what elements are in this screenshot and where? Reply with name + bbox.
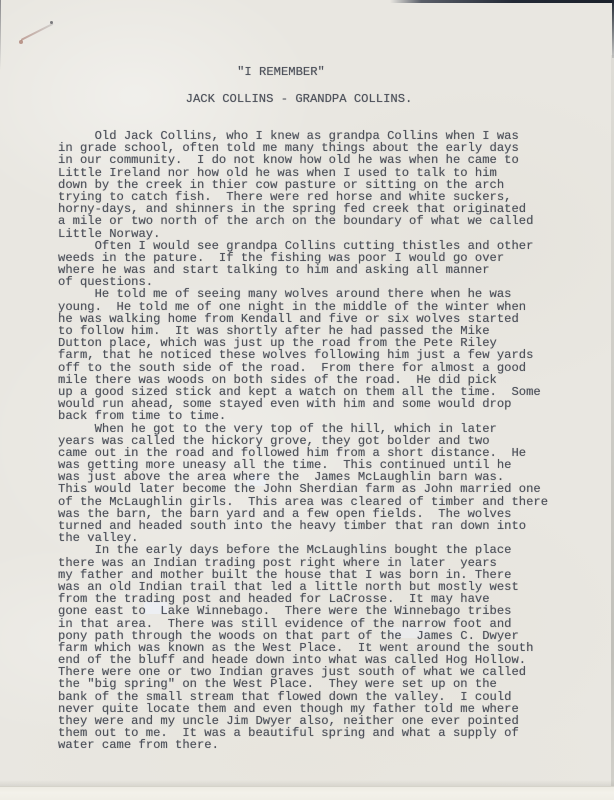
- text-line: gone east to Lake Winnebago. There were …: [58, 605, 548, 617]
- text-line: young. He told me of one night in the mi…: [58, 301, 548, 313]
- scan-left-edge-line: [0, 0, 1, 70]
- red-scratch-dot: [19, 40, 23, 44]
- document-title: "I REMEMBER": [0, 66, 588, 78]
- text-line: Little Ireland nor how old he was when I…: [58, 167, 548, 179]
- text-line: water came from there.: [58, 739, 548, 751]
- text-line: in our community. I do not know how old …: [58, 154, 548, 166]
- text-line: of the McLaughlin girls. This area was c…: [58, 496, 548, 508]
- text-line: off to the south side of the road. From …: [58, 362, 548, 374]
- text-line: Little Norway.: [58, 228, 548, 240]
- text-line: In the early days before the McLaughlins…: [58, 544, 548, 556]
- pencil-scratch-mark: [21, 23, 54, 41]
- scan-top-edge-shadow: [390, 0, 614, 3]
- text-line: When he got to the very top of the hill,…: [58, 423, 548, 435]
- text-line: back from time to time.: [58, 410, 548, 422]
- text-line: the "big spring" on the West Place. They…: [58, 678, 548, 690]
- text-line: a mile or two north of the arch on the b…: [58, 215, 548, 227]
- scan-bottom-strip: [0, 786, 614, 800]
- document-body: Old Jack Collins, who I knew as grandpa …: [58, 130, 548, 752]
- text-line: in that area. There was still evidence o…: [58, 618, 548, 630]
- document-subtitle: JACK COLLINS - GRANDPA COLLINS.: [0, 93, 606, 105]
- text-line: bank of the small stream that flowed dow…: [58, 691, 548, 703]
- scanned-typewritten-page: "I REMEMBER" JACK COLLINS - GRANDPA COLL…: [0, 0, 614, 800]
- dark-scratch-dot: [50, 21, 53, 24]
- text-line: He told me of seeing many wolves around …: [58, 288, 548, 300]
- text-line: farm, that he noticed these wolves follo…: [58, 349, 548, 361]
- text-line: there was an Indian trading post right w…: [58, 557, 548, 569]
- text-line: This would later become the John Sherdia…: [58, 483, 548, 495]
